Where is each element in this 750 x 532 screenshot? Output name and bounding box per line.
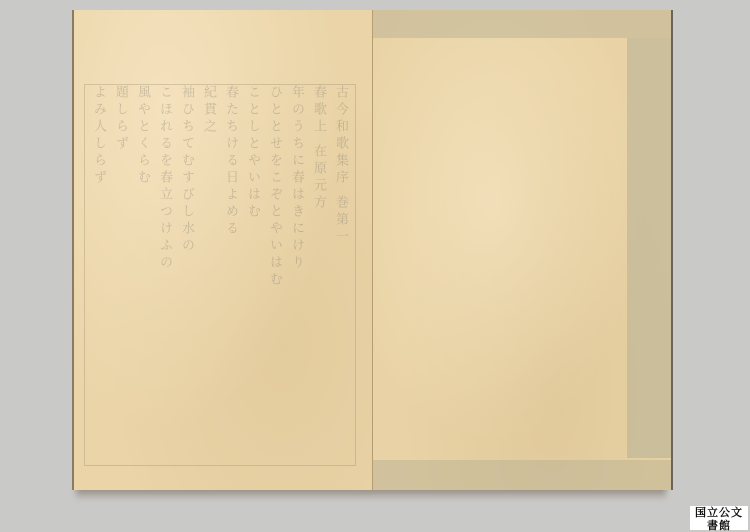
paper-stain-side: [627, 38, 671, 458]
right-page: [373, 10, 673, 490]
paper-stain-top: [373, 10, 671, 38]
watermark-title: 国立公文書館: [690, 506, 748, 532]
text-column: 春歌上 在原元方: [309, 85, 327, 463]
text-column: ひととせをこぞとやいはむ: [265, 85, 283, 463]
text-column: 古今和歌集序 巻第一: [331, 85, 349, 463]
text-column: 春たちける日よめる: [221, 85, 239, 463]
paper-stain-bottom: [373, 460, 671, 490]
text-frame: 古今和歌集序 巻第一 春歌上 在原元方 年のうちに春はきにけり ひととせをこぞと…: [84, 84, 356, 466]
text-column: こほれるを春立つけふの: [155, 85, 173, 463]
text-column: 風やとくらむ: [133, 85, 151, 463]
text-column: よみ人しらず: [89, 85, 107, 463]
text-column: ことしとやいはむ: [243, 85, 261, 463]
text-column: 年のうちに春はきにけり: [287, 85, 305, 463]
text-column: 紀貫之: [199, 85, 217, 463]
archive-watermark: 国立公文書館 National Archives of Japan: [690, 506, 748, 530]
left-page: 古今和歌集序 巻第一 春歌上 在原元方 年のうちに春はきにけり ひととせをこぞと…: [72, 10, 374, 490]
text-column: 題しらず: [111, 85, 129, 463]
text-column: 袖ひちてむすびし水の: [177, 85, 195, 463]
